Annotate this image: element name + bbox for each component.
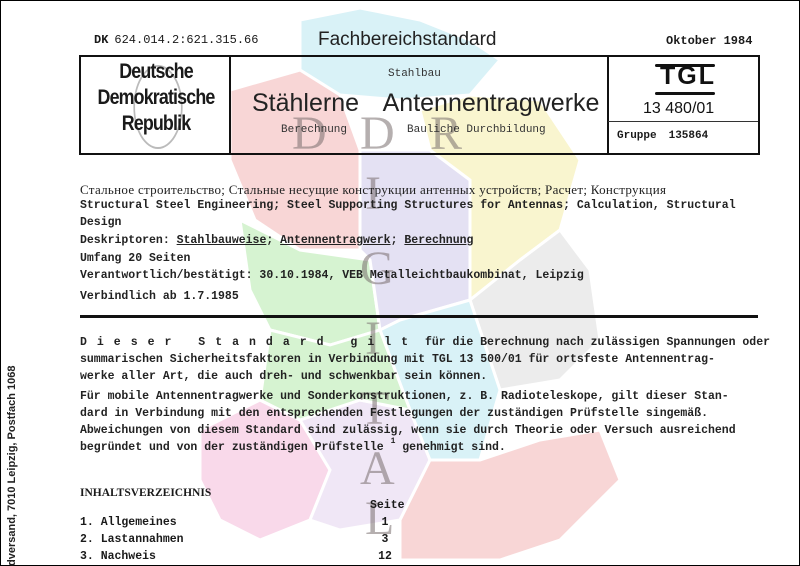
tgl-label: TGL xyxy=(660,62,716,91)
gruppe: Gruppe135864 xyxy=(617,130,708,142)
gruppe-value: 135864 xyxy=(669,130,709,142)
descriptor: Berechnung xyxy=(404,234,473,247)
toc-heading: INHALTSVERZEICHNIS xyxy=(80,487,211,499)
text: genehmigt sind. xyxy=(402,441,506,454)
descriptors-label: Deskriptoren: xyxy=(80,234,170,247)
responsible: Verantwortlich/bestätigt: 30.10.1984, VE… xyxy=(80,269,584,282)
gruppe-label: Gruppe xyxy=(617,130,657,142)
paragraph-1-line: werke aller Art, die auch dreh- und schw… xyxy=(80,370,487,383)
category: Stahlbau xyxy=(388,68,441,80)
spaced-intro: Dieser Standard gilt xyxy=(80,336,418,349)
tgl-number: 13 480/01 xyxy=(643,100,714,118)
document-title: Stählerne Antennentragwerke xyxy=(252,89,599,118)
title-word: Antennentragwerke xyxy=(383,89,600,117)
header-divider xyxy=(607,55,609,153)
paragraph-2-line: Für mobile Antennentragwerke und Sonderk… xyxy=(80,390,729,403)
toc-item[interactable]: 2. Lastannahmen xyxy=(80,533,184,546)
toc-item[interactable]: 1. Allgemeines xyxy=(80,516,177,529)
logo-line: Republik xyxy=(92,111,220,137)
paragraph-1-line: Dieser Standard gilt für die Berechnung … xyxy=(80,336,770,349)
page-count: Umfang 20 Seiten xyxy=(80,252,190,265)
publisher-side-note: dversand, 7010 Leipzig, Postfach 1068 xyxy=(6,365,18,566)
effective-date: Verbindlich ab 1.7.1985 xyxy=(80,290,239,303)
logo-line: Deutsche xyxy=(92,59,220,85)
footnote-marker: 1 xyxy=(391,437,396,446)
publication-date: Oktober 1984 xyxy=(666,34,752,48)
section-divider xyxy=(80,315,758,318)
tgl-cell-divider xyxy=(608,121,758,122)
tgl-underline xyxy=(655,92,715,95)
russian-keywords: Стальное строительство; Стальные несущие… xyxy=(80,182,666,198)
toc-item[interactable]: 3. Nachweis xyxy=(80,550,156,563)
descriptors: Deskriptoren: Stahlbauweise; Antennentra… xyxy=(80,234,473,247)
paragraph-1-line: summarischen Sicherheitsfaktoren in Verb… xyxy=(80,353,715,366)
gdr-logo: Deutsche Demokratische Republik xyxy=(81,57,231,151)
descriptor: Stahlbauweise xyxy=(177,234,267,247)
title-word: Stählerne xyxy=(252,89,359,117)
english-keywords: Structural Steel Engineering; Steel Supp… xyxy=(80,199,736,212)
logo-line: Demokratische xyxy=(84,85,229,111)
text: für die Berechnung nach zulässigen Spann… xyxy=(425,336,770,349)
paragraph-2-line: Abweichungen von diesem Standard sind zu… xyxy=(80,424,736,437)
document-type: Fachbereichstandard xyxy=(318,29,497,51)
dk-value: 624.014.2:621.315.66 xyxy=(114,33,258,47)
paragraph-2-line: dard in Verbindung mit den entsprechende… xyxy=(80,407,708,420)
dk-label: DK xyxy=(94,33,108,47)
toc-item-page: 3 xyxy=(370,533,400,546)
subtitle-left: Berechnung xyxy=(281,124,347,136)
toc-item-page: 12 xyxy=(370,550,400,563)
text: begründet und von der zuständigen Prüfst… xyxy=(80,441,384,454)
english-keywords-cont: Design xyxy=(80,216,121,229)
dk-classification: DK624.014.2:621.315.66 xyxy=(94,33,258,47)
descriptor: Antennentragwerk xyxy=(280,234,390,247)
toc-page-header: Seite xyxy=(370,499,400,512)
toc-item-page: 1 xyxy=(370,516,400,529)
paragraph-2-line: begründet und von der zuständigen Prüfst… xyxy=(80,441,506,454)
subtitle-right: Bauliche Durchbildung xyxy=(407,124,546,136)
